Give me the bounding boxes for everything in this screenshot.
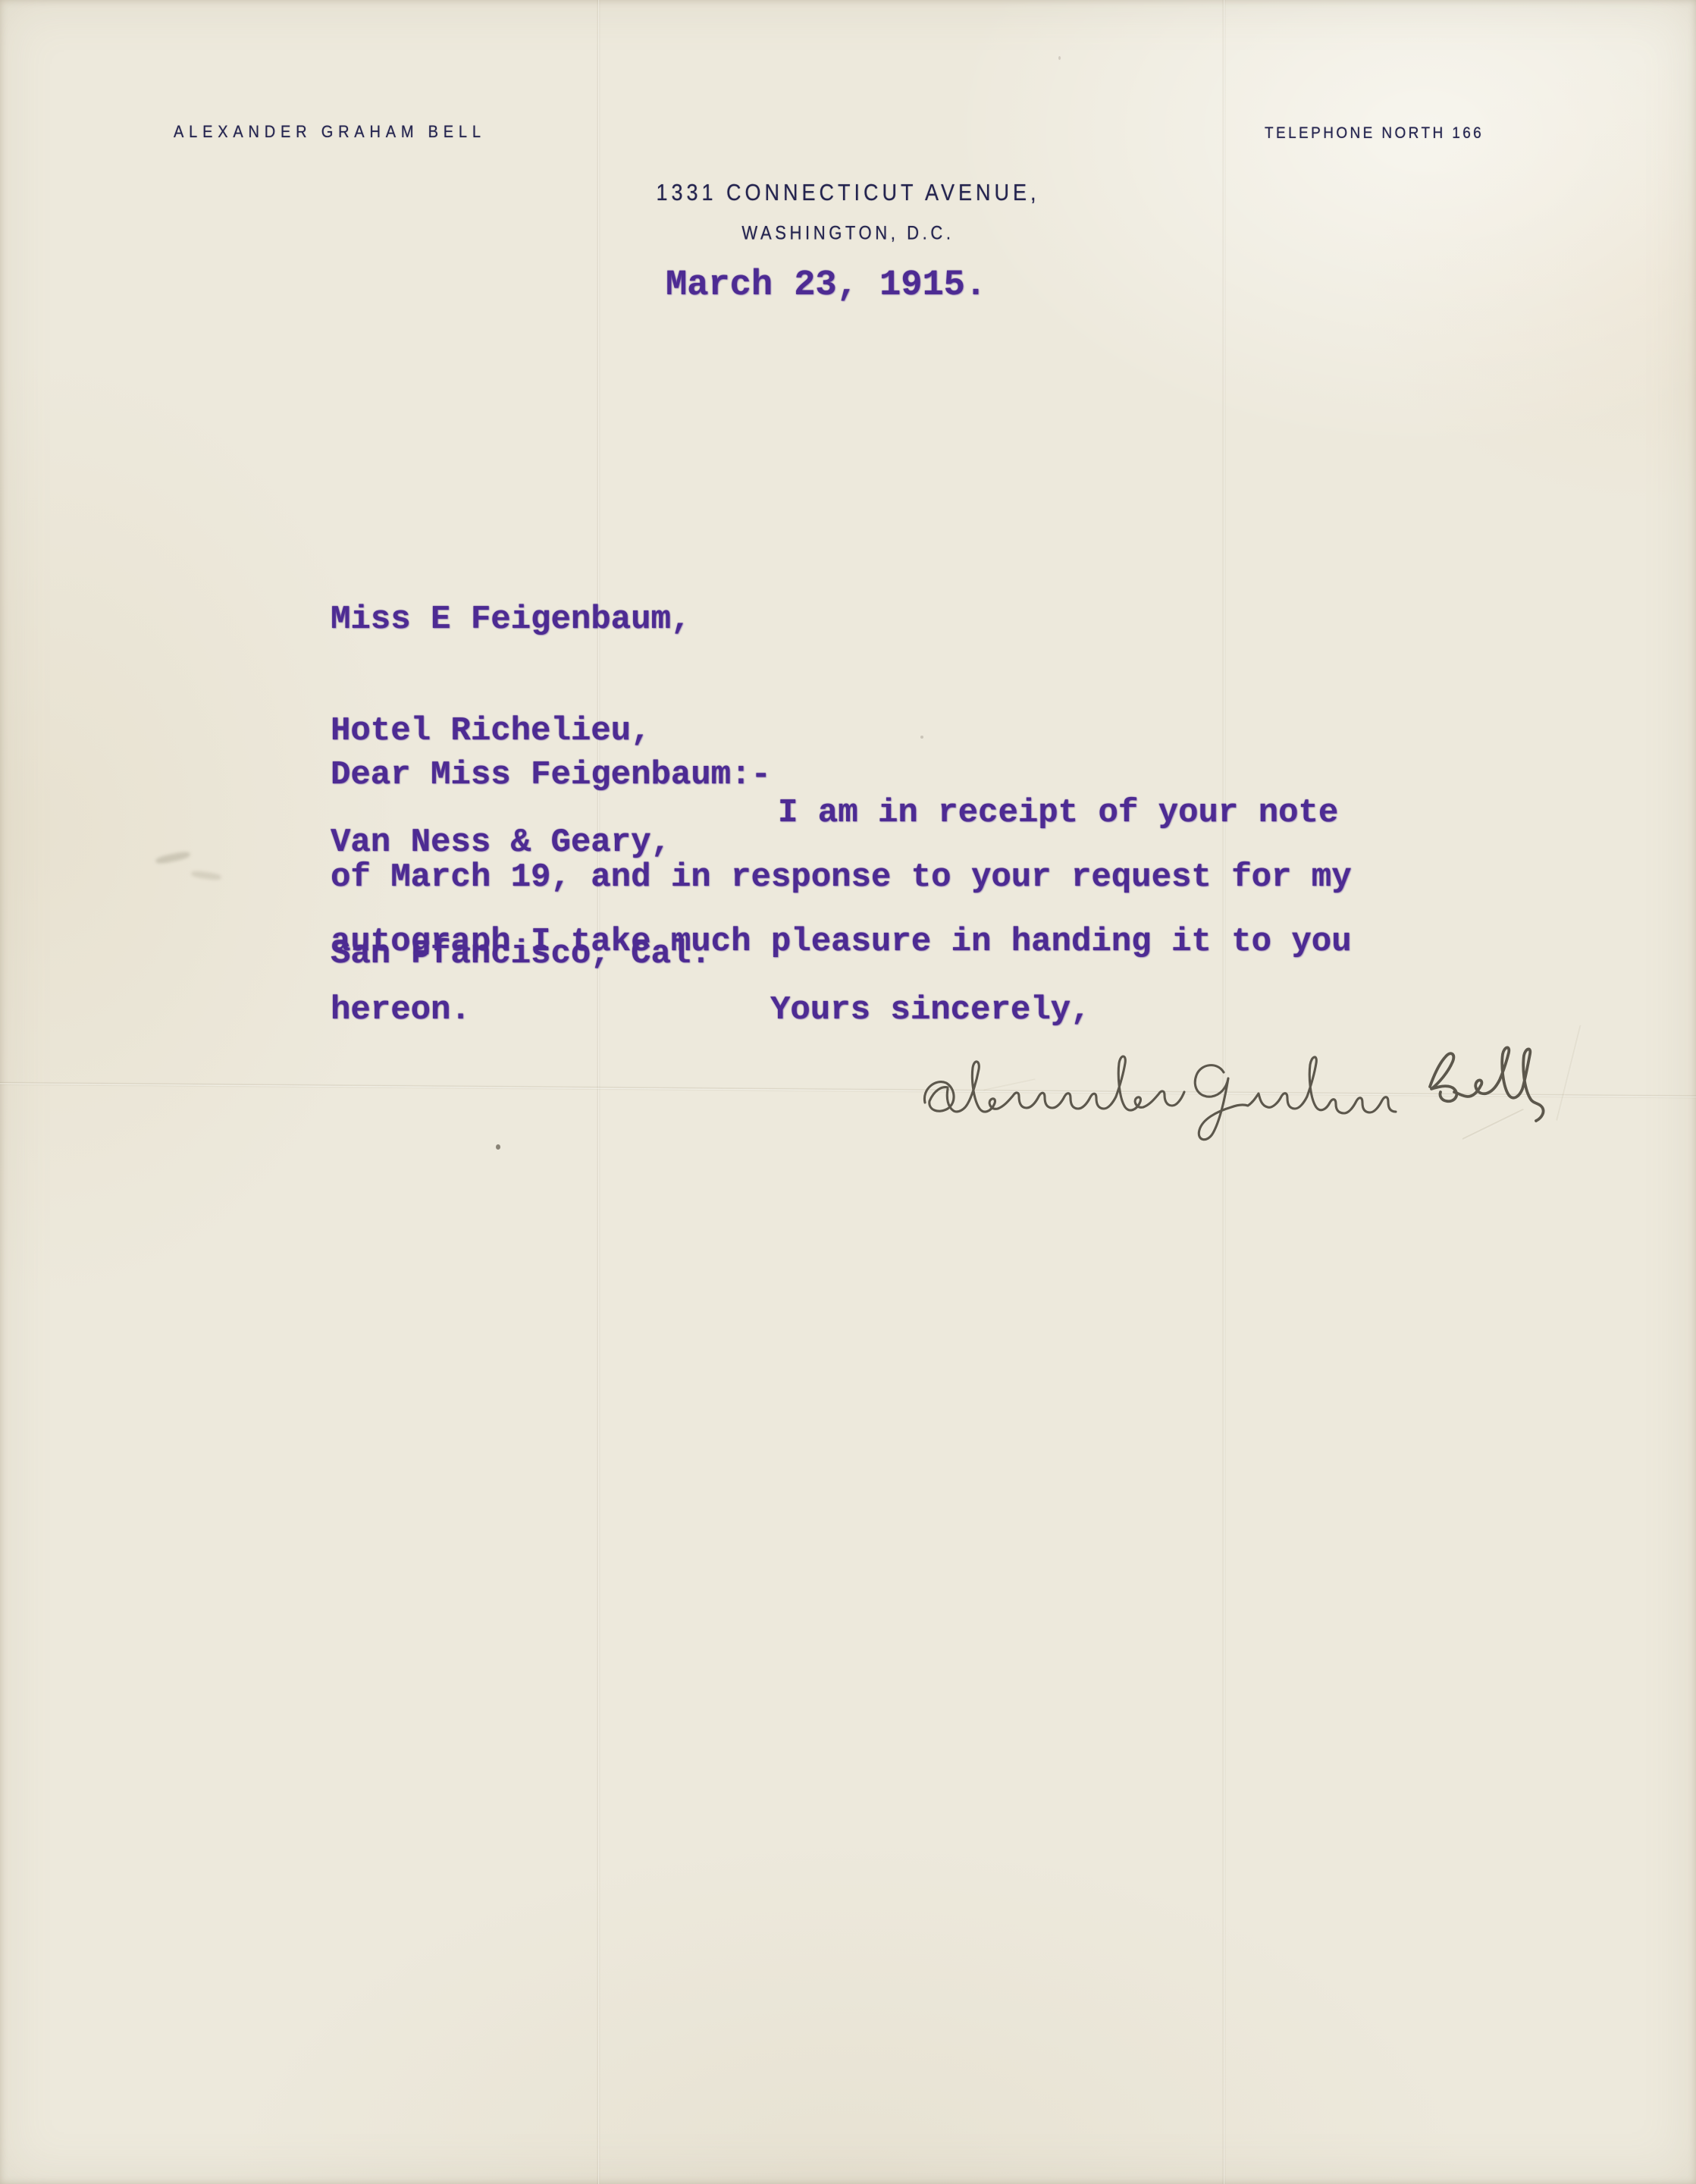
letterhead-telephone: TELEPHONE NORTH 166 (1265, 124, 1484, 143)
letter-scan: ALEXANDER GRAHAM BELL TELEPHONE NORTH 16… (0, 0, 1696, 2184)
salutation: Dear Miss Feigenbaum:- (331, 757, 771, 794)
body-line-4: hereon. (331, 992, 471, 1029)
body-line-2: of March 19, and in response to your req… (331, 859, 1352, 896)
recipient-line: Hotel Richelieu, (331, 713, 711, 750)
recipient-line: Miss E Feigenbaum, (331, 601, 711, 639)
ink-speck (496, 1144, 500, 1150)
signature-stroke-alexander (924, 1056, 1184, 1112)
letterhead-street-address: 1331 CONNECTICUT AVENUE, (0, 180, 1696, 206)
recipient-line: Van Ness & Geary, (331, 824, 711, 861)
signature-stroke-bell (1430, 1047, 1544, 1121)
ink-speck (920, 736, 923, 739)
letterhead-name: ALEXANDER GRAHAM BELL (174, 123, 486, 143)
fold-crease-vertical-left (597, 0, 600, 2184)
paper-wrinkle (1556, 1025, 1582, 1122)
letterhead-city: WASHINGTON, D.C. (0, 222, 1696, 244)
body-line-1: I am in receipt of your note (778, 795, 1338, 832)
closing-line: Yours sincerely, (770, 992, 1090, 1029)
signature-stroke-graham (1195, 1057, 1396, 1140)
paper: ALEXANDER GRAHAM BELL TELEPHONE NORTH 16… (0, 0, 1696, 2184)
paper-speck (1058, 56, 1061, 60)
paper-smudge (191, 870, 222, 880)
body-line-3: autograph I take much pleasure in handin… (331, 924, 1352, 961)
signature-alexander-graham-bell (899, 1045, 1559, 1159)
paper-smudge (155, 850, 190, 864)
date-line: March 23, 1915. (666, 267, 986, 304)
